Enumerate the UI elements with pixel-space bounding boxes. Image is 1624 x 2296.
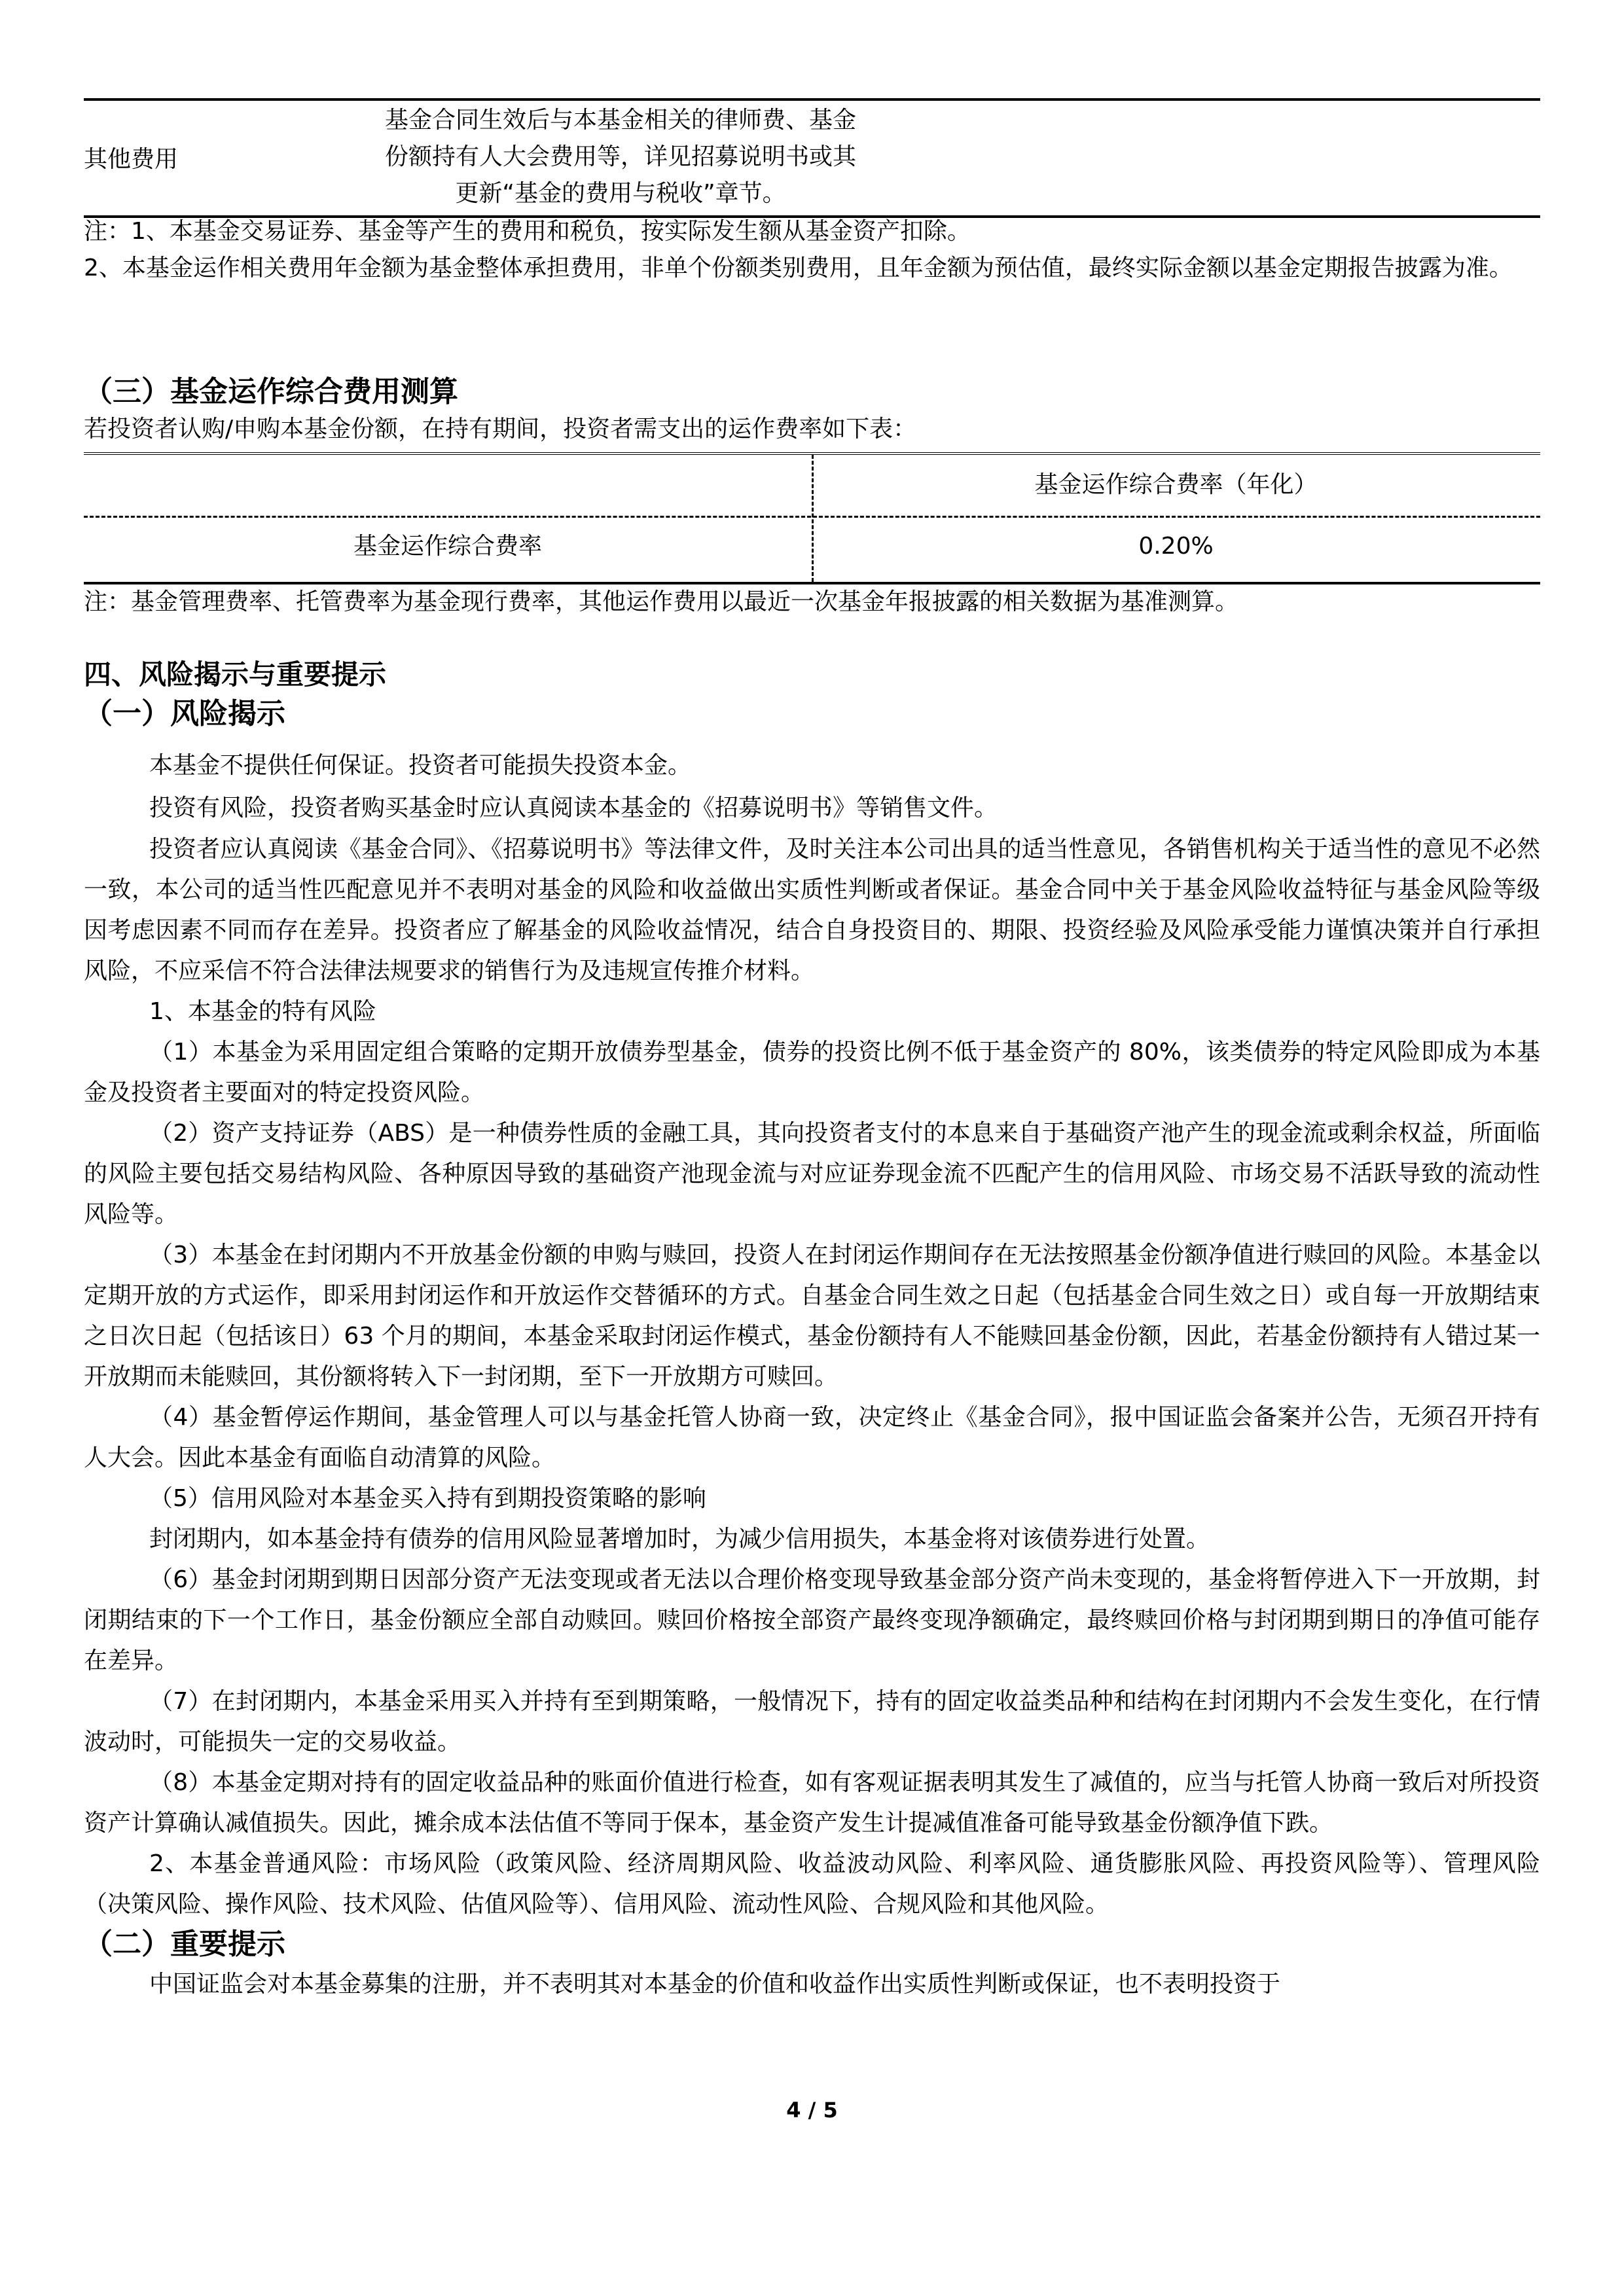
rate-note: 注：基金管理费率、托管费率为基金现行费率，其他运作费用以最近一次基金年报披露的相… [84,584,1238,620]
fee-item-name: 其他费用 [84,141,178,178]
paragraph: 中国证监会对本基金募集的注册，并不表明其对本基金的价值和收益作出实质性判断或保证… [84,1964,1540,2005]
fee-table: 其他费用 基金合同生效后与本基金相关的律师费、基金 份额持有人大会费用等，详见招… [84,98,1540,218]
operating-rate-table: 基金运作综合费率（年化） 基金运作综合费率 0.20% [84,452,1540,584]
page-indicator: 4 / 5 [84,2098,1540,2123]
risk-item: （3）本基金在封闭期内不开放基金份额的申购与赎回，投资人在封闭运作期间存在无法按… [84,1235,1540,1397]
table-header-rate: 基金运作综合费率（年化） [812,467,1540,503]
risk-item: （6）基金封闭期到期日因部分资产无法变现或者无法以合理价格变现导致基金部分资产尚… [84,1560,1540,1681]
fee-note-1: 注：1、本基金交易证券、基金等产生的费用和税负，按实际发生额从基金资产扣除。 [84,213,1540,250]
section-heading-risk: 四、风险揭示与重要提示 [84,655,386,695]
risk-item: （7）在封闭期内，本基金采用买入并持有至到期策略，一般情况下，持有的固定收益类品… [84,1681,1540,1763]
risk-item: （2）资产支持证券（ABS）是一种债券性质的金融工具，其向投资者支付的本息来自于… [84,1113,1540,1235]
risk-body: 本基金不提供任何保证。投资者可能损失投资本金。 投资有风险，投资者购买基金时应认… [84,744,1540,2005]
risk-item: （4）基金暂停运作期间，基金管理人可以与基金托管人协商一致，决定终止《基金合同》… [84,1397,1540,1479]
table-cell-label: 基金运作综合费率 [84,528,812,565]
specific-risk-heading: 1、本基金的特有风险 [84,992,1540,1032]
subheading-risk-disclosure: （一）风险揭示 [84,694,285,734]
paragraph: 投资有风险，投资者购买基金时应认真阅读本基金的《招募说明书》等销售文件。 [84,787,1540,829]
fee-note-2: 2、本基金运作相关费用年金额为基金整体承担费用，非单个份额类别费用，且年金额为预… [84,250,1540,287]
paragraph: 本基金不提供任何保证。投资者可能损失投资本金。 [84,744,1540,787]
risk-item: 封闭期内，如本基金持有债券的信用风险显著增加时，为减少信用损失，本基金将对该债券… [84,1519,1540,1560]
table-cell-value: 0.20% [812,528,1540,565]
risk-item: （8）本基金定期对持有的固定收益品种的账面价值进行检查，如有客观证据表明其发生了… [84,1763,1540,1844]
general-risk: 2、本基金普通风险：市场风险（政策风险、经济周期风险、收益波动风险、利率风险、通… [84,1844,1540,1925]
risk-item: （1）本基金为采用固定组合策略的定期开放债券型基金，债券的投资比例不低于基金资产… [84,1032,1540,1113]
section-heading-fee-estimate: （三）基金运作综合费用测算 [84,372,458,412]
fee-notes: 注：1、本基金交易证券、基金等产生的费用和税负，按实际发生额从基金资产扣除。 2… [84,213,1540,287]
paragraph: 投资者应认真阅读《基金合同》、《招募说明书》等法律文件，及时关注本公司出具的适当… [84,829,1540,992]
fee-item-description: 基金合同生效后与本基金相关的律师费、基金 份额持有人大会费用等，详见招募说明书或… [326,102,915,212]
section-intro: 若投资者认购/申购本基金份额，在持有期间，投资者需支出的运作费率如下表： [84,411,916,448]
risk-item: （5）信用风险对本基金买入持有到期投资策略的影响 [84,1479,1540,1519]
subheading-important-notice: （二）重要提示 [84,1925,1540,1964]
